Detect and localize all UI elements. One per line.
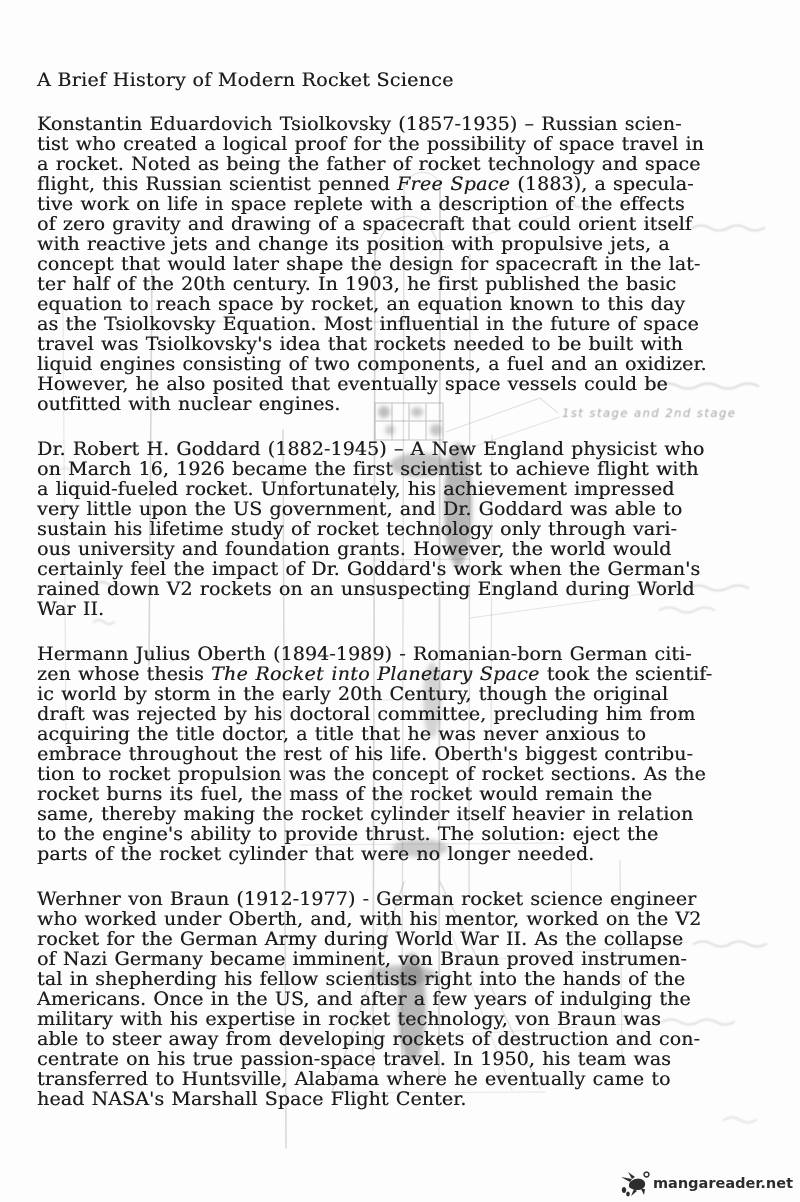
- paragraph-goddard: Dr. Robert H. Goddard (1882-1945) – A Ne…: [37, 439, 772, 619]
- manga-page: 1st stage and 2nd stage A Brief History …: [0, 0, 800, 1202]
- mangareader-logo-icon: [620, 1171, 650, 1197]
- document-text: A Brief History of Modern Rocket Science…: [0, 0, 800, 1109]
- watermark: mangareader.net: [620, 1171, 793, 1197]
- page-title: A Brief History of Modern Rocket Science: [37, 70, 772, 90]
- paragraph-von-braun: Werhner von Braun (1912-1977) - German r…: [37, 889, 772, 1109]
- watermark-site-text: mangareader.net: [653, 1176, 793, 1192]
- paragraph-oberth: Hermann Julius Oberth (1894-1989) - Roma…: [37, 644, 772, 864]
- paragraph-tsiolkovsky: Konstantin Eduardovich Tsiolkovsky (1857…: [37, 114, 772, 414]
